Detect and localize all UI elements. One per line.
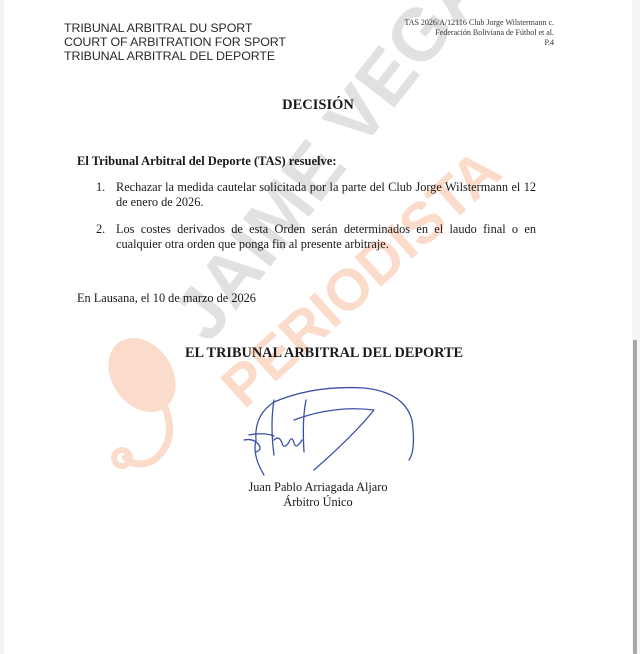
place-date: En Lausana, el 10 de marzo de 2026 [77,291,256,306]
scrollbar-track[interactable] [632,0,640,654]
document-title: DECISIÓN [4,97,632,114]
decision-item: 1. Rechazar la medida cautelar solicitad… [96,180,536,210]
scrollbar-thumb[interactable] [633,340,637,654]
item-text: Rechazar la medida cautelar solicitada p… [116,180,536,210]
document-page: JAIME VEGA PERIODISTA TRIBUNAL ARBITRAL … [4,0,632,654]
signer-block: Juan Pablo Arriagada Aljaro Árbitro Únic… [4,480,632,510]
signer-role: Árbitro Único [4,495,632,510]
item-number: 2. [96,222,105,237]
resolve-heading: El Tribunal Arbitral del Deporte (TAS) r… [77,154,336,169]
item-text: Los costes derivados de esta Orden serán… [116,222,536,252]
signer-name: Juan Pablo Arriagada Aljaro [4,480,632,495]
signature [234,380,424,490]
decision-item: 2. Los costes derivados de esta Orden se… [96,222,536,252]
document-viewer: JAIME VEGA PERIODISTA TRIBUNAL ARBITRAL … [0,0,640,654]
signing-body: EL TRIBUNAL ARBITRAL DEL DEPORTE [4,345,632,362]
item-number: 1. [96,180,105,195]
document-body: DECISIÓN El Tribunal Arbitral del Deport… [4,0,632,654]
